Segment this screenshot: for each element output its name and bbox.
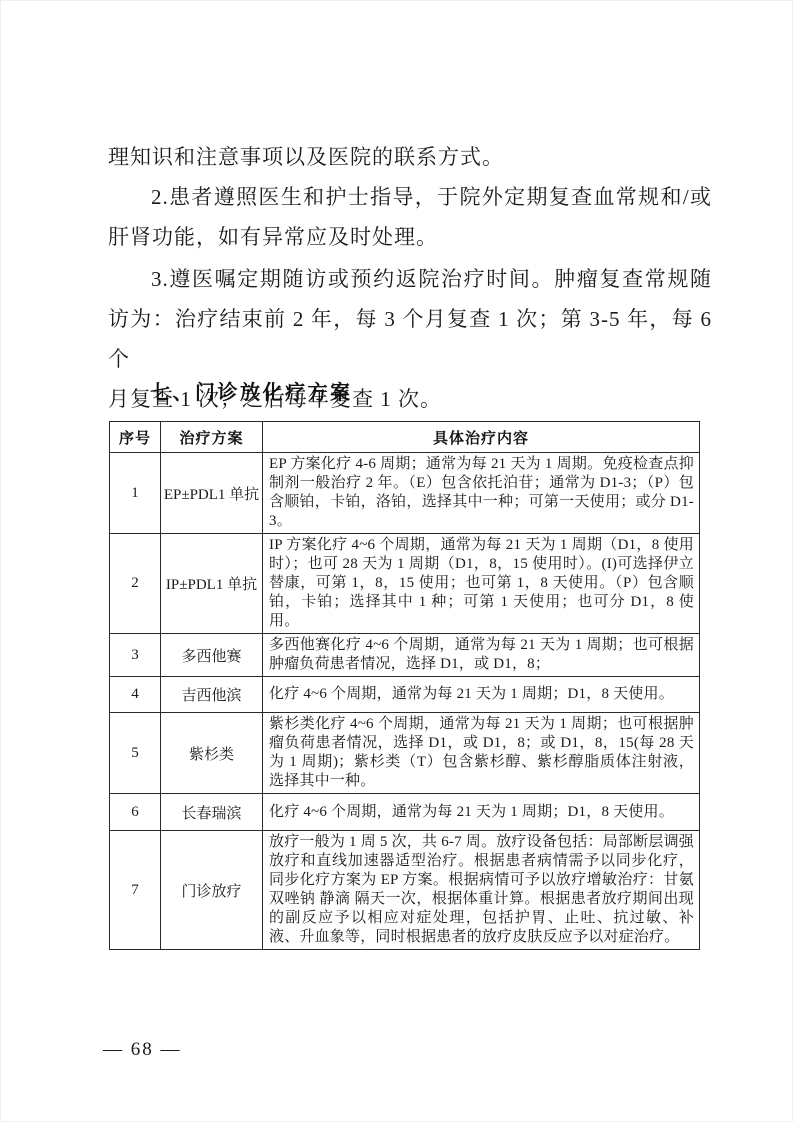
page-number: — 68 — (103, 1039, 182, 1061)
row-number: 4 (110, 677, 161, 713)
treatment-plan: 长春瑞滨 (161, 794, 263, 831)
row-number: 2 (110, 534, 161, 634)
row-number: 7 (110, 831, 161, 950)
table-header-row: 序号 治疗方案 具体治疗内容 (110, 422, 700, 453)
document-page: 理知识和注意事项以及医院的联系方式。 2.患者遵照医生和护士指导，于院外定期复查… (0, 0, 793, 1122)
treatment-plan: EP±PDL1 单抗 (161, 453, 263, 534)
body-text-upper: 理知识和注意事项以及医院的联系方式。 2.患者遵照医生和护士指导，于院外定期复查… (108, 137, 712, 257)
table-row: 3 多西他赛 多西他赛化疗 4~6 个周期，通常为每 21 天为 1 周期；也可… (110, 634, 700, 677)
treatment-detail: EP 方案化疗 4-6 周期；通常为每 21 天为 1 周期。免疫检查点抑制剂一… (263, 453, 700, 534)
table-row: 7 门诊放疗 放疗一般为 1 周 5 次，共 6-7 周。放疗设备包括：局部断层… (110, 831, 700, 950)
paragraph-3-line-1: 3.遵医嘱定期随访或预约返院治疗时间。肿瘤复查常规随 (108, 259, 712, 299)
treatment-detail: 紫杉类化疗 4~6 个周期，通常为每 21 天为 1 周期；也可根据肿瘤负荷患者… (263, 713, 700, 794)
column-header-no: 序号 (110, 422, 161, 453)
treatment-table: 序号 治疗方案 具体治疗内容 1 EP±PDL1 单抗 EP 方案化疗 4-6 … (109, 421, 700, 950)
table-row: 6 长春瑞滨 化疗 4~6 个周期，通常为每 21 天为 1 周期；D1，8 天… (110, 794, 700, 831)
treatment-detail: 放疗一般为 1 周 5 次，共 6-7 周。放疗设备包括：局部断层调强放疗和直线… (263, 831, 700, 950)
treatment-plan: 多西他赛 (161, 634, 263, 677)
table-row: 4 吉西他滨 化疗 4~6 个周期，通常为每 21 天为 1 周期；D1，8 天… (110, 677, 700, 713)
column-header-detail: 具体治疗内容 (263, 422, 700, 453)
treatment-detail: 多西他赛化疗 4~6 个周期，通常为每 21 天为 1 周期；也可根据肿瘤负荷患… (263, 634, 700, 677)
treatment-plan: 吉西他滨 (161, 677, 263, 713)
paragraph-1-line-1: 理知识和注意事项以及医院的联系方式。 (108, 137, 712, 177)
column-header-plan: 治疗方案 (161, 422, 263, 453)
row-number: 3 (110, 634, 161, 677)
paragraph-3-line-2: 访为：治疗结束前 2 年，每 3 个月复查 1 次；第 3-5 年，每 6 个 (108, 299, 712, 379)
section-heading: 七、门诊放化疗方案 (150, 378, 353, 408)
row-number: 5 (110, 713, 161, 794)
treatment-plan: 门诊放疗 (161, 831, 263, 950)
treatment-detail: 化疗 4~6 个周期，通常为每 21 天为 1 周期；D1，8 天使用。 (263, 794, 700, 831)
treatment-detail: IP 方案化疗 4~6 个周期，通常为每 21 天为 1 周期（D1，8 使用时… (263, 534, 700, 634)
table-row: 1 EP±PDL1 单抗 EP 方案化疗 4-6 周期；通常为每 21 天为 1… (110, 453, 700, 534)
paragraph-2-line-2: 肝肾功能，如有异常应及时处理。 (108, 217, 712, 257)
treatment-detail: 化疗 4~6 个周期，通常为每 21 天为 1 周期；D1，8 天使用。 (263, 677, 700, 713)
treatment-plan: IP±PDL1 单抗 (161, 534, 263, 634)
table-row: 5 紫杉类 紫杉类化疗 4~6 个周期，通常为每 21 天为 1 周期；也可根据… (110, 713, 700, 794)
row-number: 1 (110, 453, 161, 534)
row-number: 6 (110, 794, 161, 831)
table-row: 2 IP±PDL1 单抗 IP 方案化疗 4~6 个周期，通常为每 21 天为 … (110, 534, 700, 634)
treatment-plan: 紫杉类 (161, 713, 263, 794)
paragraph-2-line-1: 2.患者遵照医生和护士指导，于院外定期复查血常规和/或 (108, 177, 712, 217)
